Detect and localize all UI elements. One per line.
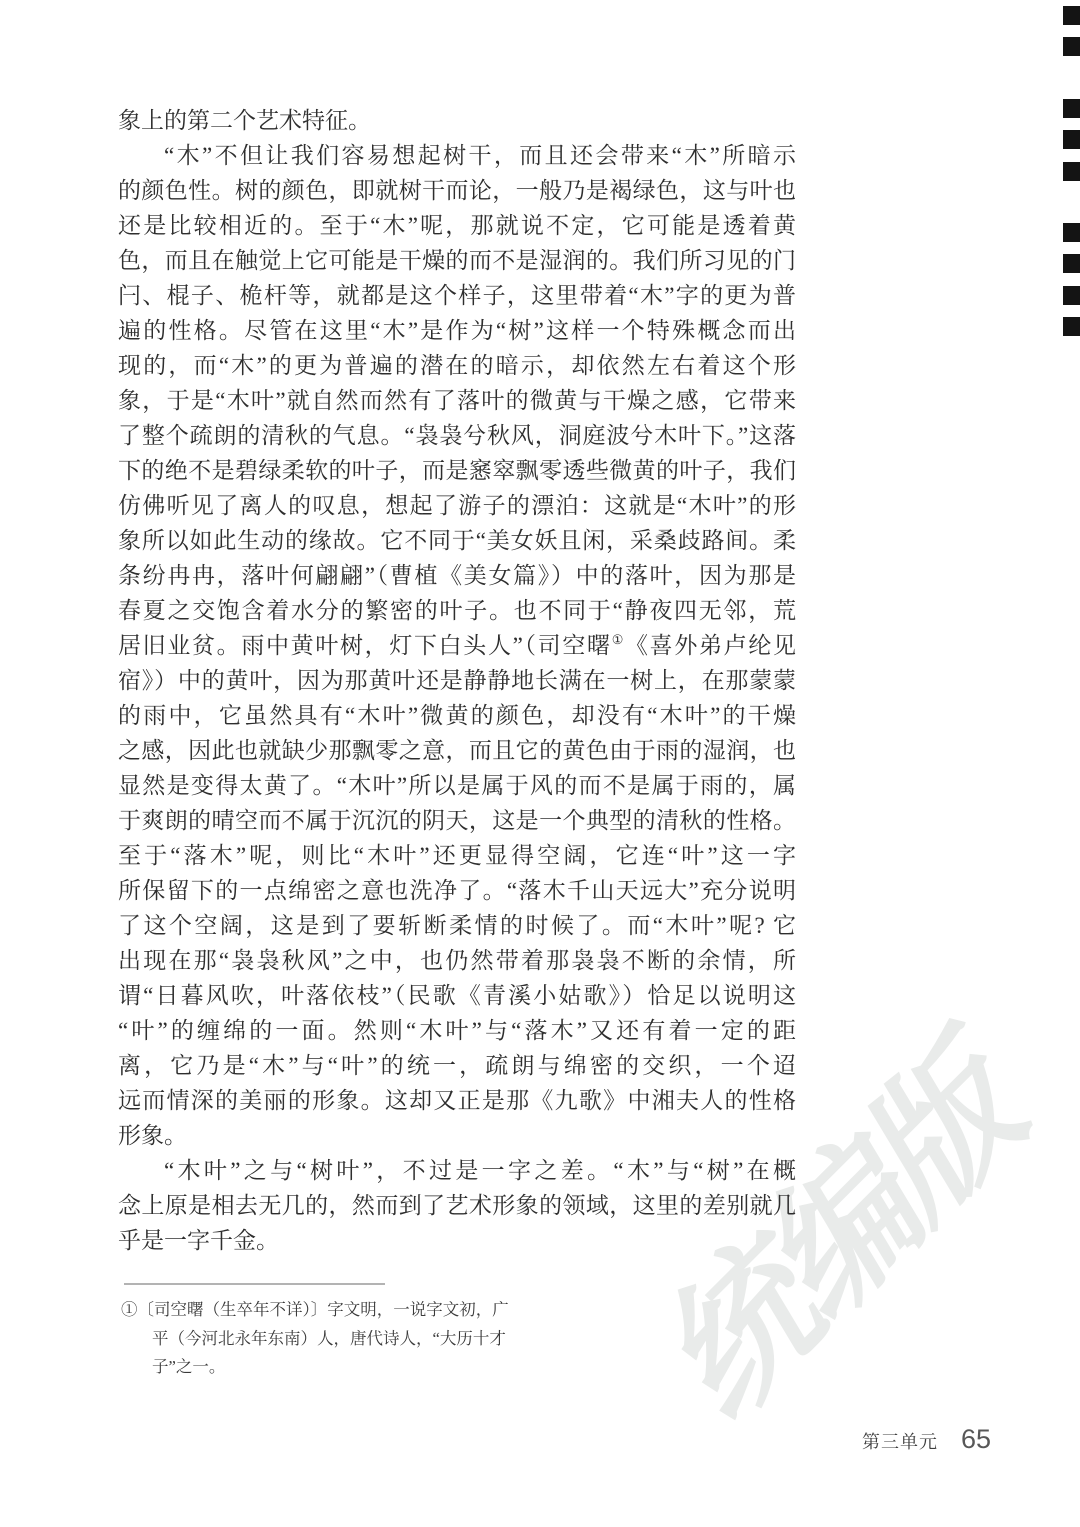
- text-line: 居旧业贫。雨中黄叶树，灯下白头人”（司空曙①《喜外弟卢纶见: [118, 628, 796, 663]
- footnote-line: 平（今河北永年东南）人，唐代诗人，“大历十才: [121, 1325, 541, 1354]
- text-line: 离，它乃是“木”与“叶”的统一，疏朗与绵密的交织，一个迢: [118, 1048, 796, 1083]
- footnote-ref: ①: [612, 632, 625, 647]
- edge-mark: [1063, 223, 1080, 242]
- text-line: 远而情深的美丽的形象。这却又正是那《九歌》中湘夫人的性格: [118, 1083, 796, 1118]
- page-number: 65: [961, 1424, 991, 1455]
- text-line: 闩、棍子、桅杆等，就都是这个样子，这里带着“木”字的更为普: [118, 278, 796, 313]
- text-line: 宿》）中的黄叶，因为那黄叶还是静静地长满在一树上，在那蒙蒙: [118, 663, 796, 698]
- text-line: 象所以如此生动的缘故。它不同于“美女妖且闲，采桑歧路间。柔: [118, 523, 796, 558]
- text-line: 的颜色性。树的颜色，即就树干而论，一般乃是褐绿色，这与叶也: [118, 173, 796, 208]
- text-line: 于爽朗的晴空而不属于沉沉的阴天，这是一个典型的清秋的性格。: [118, 803, 796, 838]
- text-line: 乎是一字千金。: [118, 1223, 796, 1258]
- footnote-line: 子”之一。: [121, 1353, 541, 1382]
- text-line: 象上的第二个艺术特征。: [118, 103, 796, 138]
- text-line: 条纷冉冉，落叶何翩翩”（曹植《美女篇》）中的落叶，因为那是: [118, 558, 796, 593]
- text-line: 现的，而“木”的更为普遍的潜在的暗示，却依然左右着这个形: [118, 348, 796, 383]
- edge-mark: [1063, 162, 1080, 181]
- footnote-line: ①〔司空曙（生卒年不详）〕字文明，一说字文初，广: [121, 1296, 541, 1325]
- text-line: 显然是变得太黄了。“木叶”所以是属于风的而不是属于雨的，属: [118, 768, 796, 803]
- edge-mark: [1063, 130, 1080, 149]
- text-line: 象，于是“木叶”就自然而然有了落叶的微黄与干燥之感，它带来: [118, 383, 796, 418]
- edge-mark: [1063, 99, 1080, 118]
- footnote: ①〔司空曙（生卒年不详）〕字文明，一说字文初，广平（今河北永年东南）人，唐代诗人…: [121, 1296, 541, 1382]
- text-line: 所保留下的一点绵密之意也洗净了。“落木千山天远大”充分说明: [118, 873, 796, 908]
- textbook-page: 统编版 象上的第二个艺术特征。“木”不但让我们容易想起树干，而且还会带来“木”所…: [0, 0, 1080, 1527]
- fore-edge-marks: [1062, 0, 1080, 1527]
- text-line: 了整个疏朗的清秋的气息。“袅袅兮秋风，洞庭波兮木叶下。”这落: [118, 418, 796, 453]
- page-footer: 第三单元 65: [862, 1424, 991, 1455]
- text-line: 之感，因此也就缺少那飘零之意，而且它的黄色由于雨的湿润，也: [118, 733, 796, 768]
- text-line: 的雨中，它虽然具有“木叶”微黄的颜色，却没有“木叶”的干燥: [118, 698, 796, 733]
- text-line: 至于“落木”呢，则比“木叶”还更显得空阔，它连“叶”这一字: [118, 838, 796, 873]
- unit-label: 第三单元: [862, 1428, 938, 1454]
- text-line: 还是比较相近的。至于“木”呢，那就说不定，它可能是透着黄: [118, 208, 796, 243]
- text-line: “叶”的缠绵的一面。然则“木叶”与“落木”又还有着一定的距: [118, 1013, 796, 1048]
- article-lines: 象上的第二个艺术特征。“木”不但让我们容易想起树干，而且还会带来“木”所暗示的颜…: [118, 103, 796, 1258]
- footnote-divider: [124, 1283, 385, 1285]
- edge-mark: [1063, 286, 1080, 305]
- edge-mark: [1063, 254, 1080, 273]
- text-line: 下的绝不是碧绿柔软的叶子，而是窸窣飘零透些微黄的叶子，我们: [118, 453, 796, 488]
- text-line: 色，而且在触觉上它可能是干燥的而不是湿润的。我们所习见的门: [118, 243, 796, 278]
- text-line: 念上原是相去无几的，然而到了艺术形象的领域，这里的差别就几: [118, 1188, 796, 1223]
- text-line: 形象。: [118, 1118, 796, 1153]
- text-line: 谓“日暮风吹，叶落依枝”（民歌《青溪小姑歌》）恰足以说明这: [118, 978, 796, 1013]
- edge-mark: [1063, 317, 1080, 336]
- text-line: 出现在那“袅袅秋风”之中，也仍然带着那袅袅不断的余情，所: [118, 943, 796, 978]
- text-line: 了这个空阔，这是到了要斩断柔情的时候了。而“木叶”呢? 它: [118, 908, 796, 943]
- edge-mark: [1063, 6, 1080, 25]
- text-line: 仿佛听见了离人的叹息，想起了游子的漂泊：这就是“木叶”的形: [118, 488, 796, 523]
- text-line: “木叶”之与“树叶”，不过是一字之差。“木”与“树”在概: [118, 1153, 796, 1188]
- text-line: 春夏之交饱含着水分的繁密的叶子。也不同于“静夜四无邻，荒: [118, 593, 796, 628]
- text-line: “木”不但让我们容易想起树干，而且还会带来“木”所暗示: [118, 138, 796, 173]
- edge-mark: [1063, 37, 1080, 56]
- text-line: 遍的性格。尽管在这里“木”是作为“树”这样一个特殊概念而出: [118, 313, 796, 348]
